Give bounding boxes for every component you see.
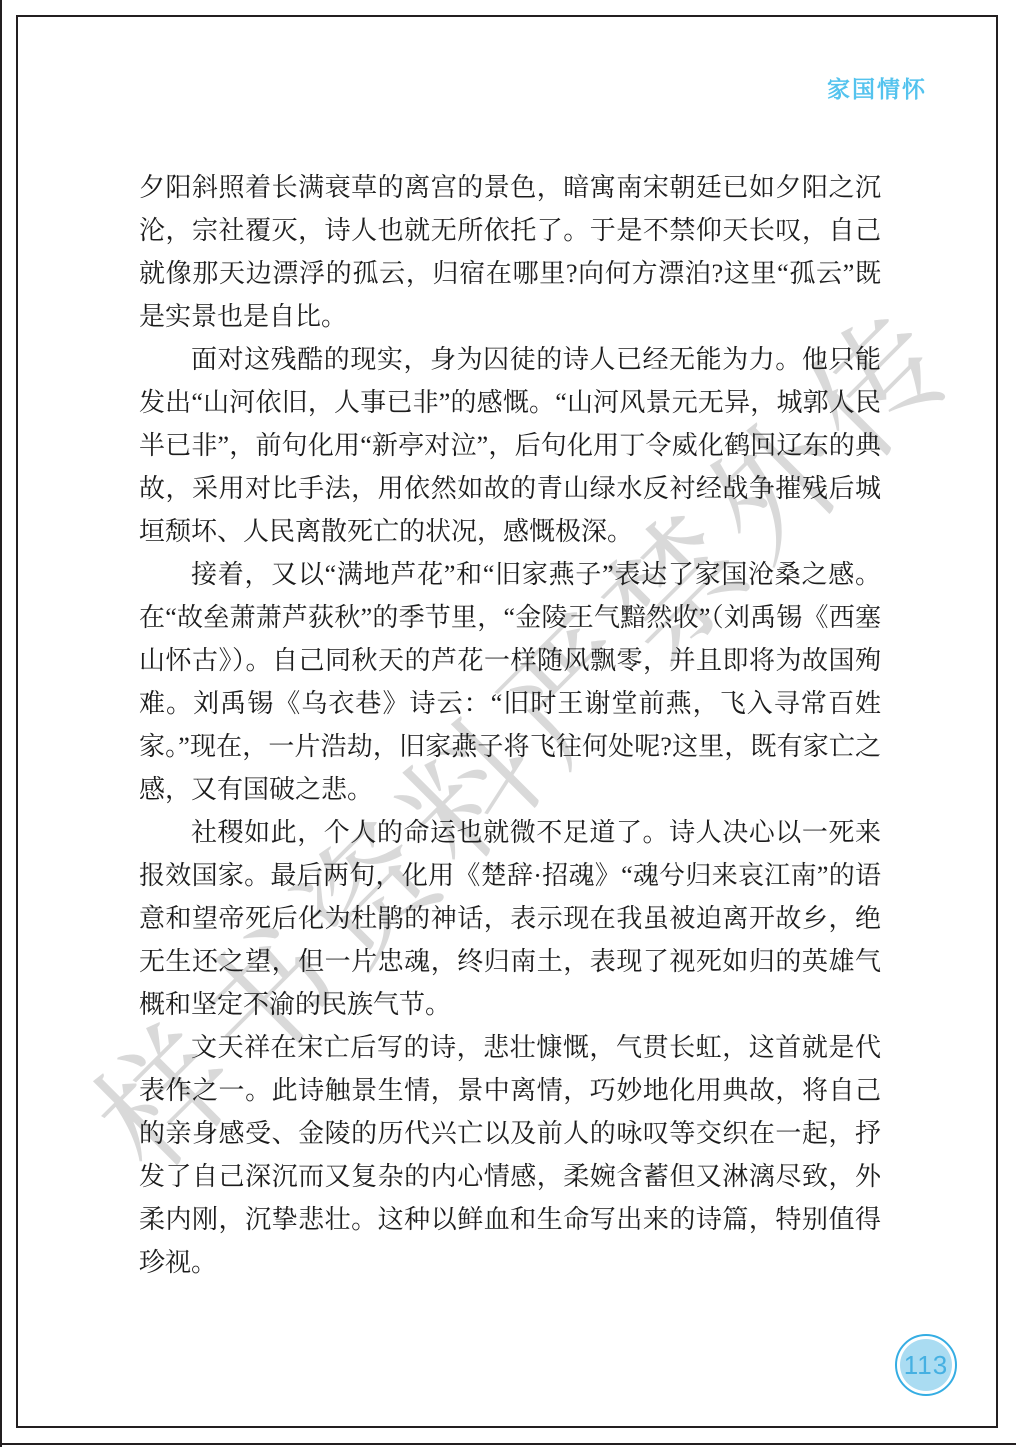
paragraph: 面对这残酷的现实，身为囚徒的诗人已经无能为力。他只能发出“山河依旧，人事已非”的… [139, 338, 881, 553]
scan-edge-left [0, 0, 2, 1447]
page-number: 113 [904, 1350, 948, 1381]
paragraph: 社稷如此，个人的命运也就微不足道了。诗人决心以一死来报效国家。最后两句，化用《楚… [139, 811, 881, 1026]
scan-edge-bottom [0, 1443, 1016, 1445]
paragraph: 夕阳斜照着长满衰草的离宫的景色，暗寓南宋朝廷已如夕阳之沉沦，宗社覆灭，诗人也就无… [139, 166, 881, 338]
page-number-badge: 113 [895, 1334, 957, 1396]
running-head-label: 家国情怀 [827, 71, 927, 104]
paragraph: 接着，又以“满地芦花”和“旧家燕子”表达了家国沧桑之感。在“故垒萧萧芦荻秋”的季… [139, 553, 881, 811]
paragraph: 文天祥在宋亡后写的诗，悲壮慷慨，气贯长虹，这首就是代表作之一。此诗触景生情，景中… [139, 1026, 881, 1284]
body-text: 夕阳斜照着长满衰草的离宫的景色，暗寓南宋朝廷已如夕阳之沉沦，宗社覆灭，诗人也就无… [139, 166, 881, 1284]
page-number-badge-fill: 113 [900, 1339, 952, 1391]
